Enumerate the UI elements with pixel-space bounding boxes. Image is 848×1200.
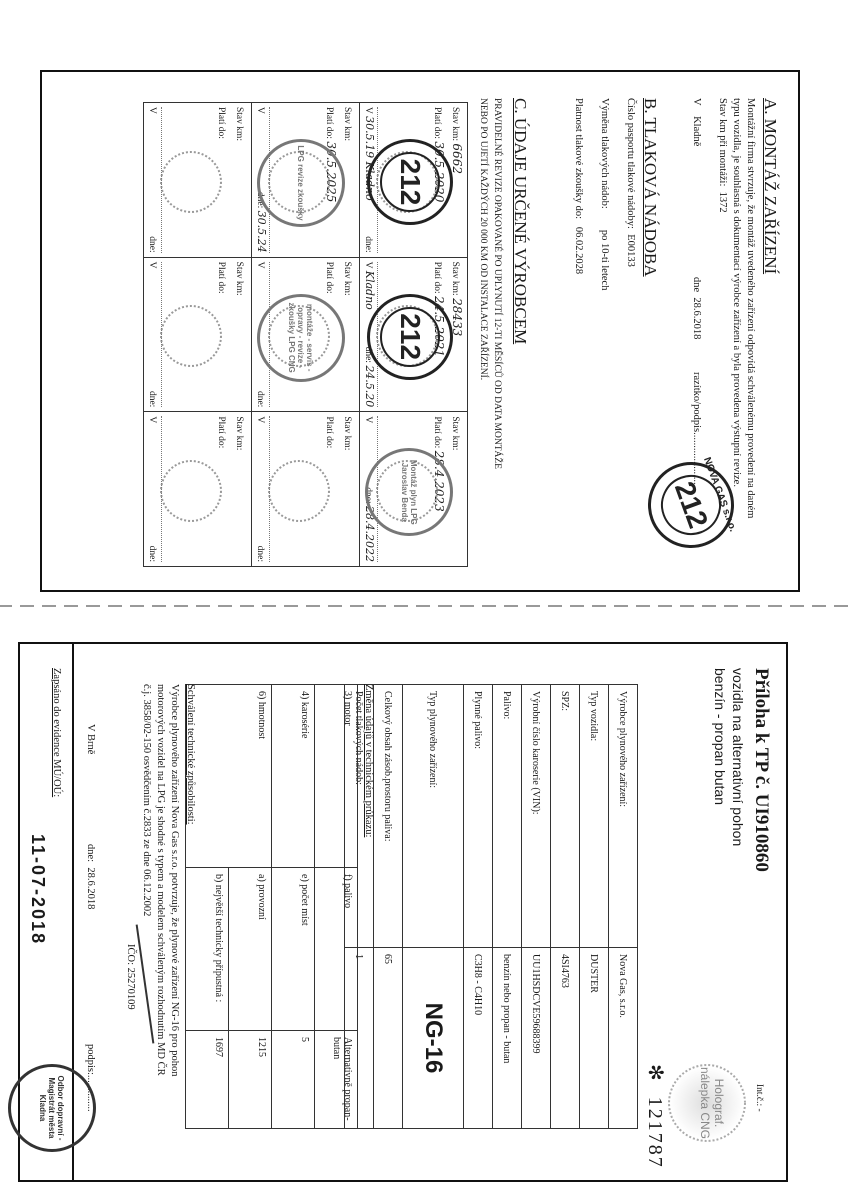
ico-stamp: IČO: 25270109 (125, 944, 136, 1010)
appendix-subtitle-2: benzín - propan butan (712, 668, 728, 805)
field-label: Celkový obsah zásob.prostoru paliva: (374, 685, 403, 948)
stamp-placeholder (160, 460, 222, 522)
field-row: Palivo:benzín nebo propan - butan (493, 685, 522, 1129)
field-label: Výrobce plynového zařízení: (609, 685, 638, 948)
field-row: Typ vozidla:DUSTER (580, 685, 609, 1129)
revision-km: Stav km: (234, 416, 248, 562)
revision-cell: Stav km: Platí do: 30.5.2025V dne: 30.5.… (252, 103, 360, 258)
service-revision-stamp: LPG revize zkoušky (257, 139, 345, 227)
field-value: C3H8 - C4H10 (464, 948, 493, 1129)
scanned-document: A. MONTÁŽ ZAŘÍZENÍ Montážní firma stvrzu… (0, 0, 848, 1200)
changes-table: 3) motor f) palivo Alternativně propan-b… (185, 684, 358, 1129)
service-revision-stamp: Montáž plyn LPG Jaroslav Benda (365, 448, 453, 536)
revision-footer: V dne: (255, 416, 270, 562)
change-fuel-value: Alternativně propan-butan (315, 1031, 358, 1129)
nova-gas-stamp: NOVA GAS s.r.o.212 (636, 450, 746, 560)
field-value: 65 (374, 948, 403, 1129)
change-weight: 6) hmotnost (186, 685, 272, 868)
field-row: Celkový obsah zásob.prostoru paliva:65 (374, 685, 403, 1129)
field-label: Výrobní číslo karoserie (VIN): (522, 685, 551, 948)
stamp-placeholder (160, 151, 222, 213)
revision-km: Stav km: (234, 107, 248, 253)
change-body: 4) karosérie (272, 685, 315, 868)
revision-notice-1: PRAVIDELNÉ REVIZE OPAKOVANÉ PO UPLYNUTÍ … (492, 98, 502, 469)
approval-text-3: č.j. 3858/02-150 osvědčením č.2833 ze dn… (141, 684, 152, 916)
registry-label: Zapsáno do evidence MÚ/OÚ: (51, 668, 62, 797)
nova-gas-revision-stamp: 212 (367, 294, 453, 380)
revision-cell: Stav km: Platí do: V dne: (144, 103, 252, 258)
approval-place: V Brně (85, 724, 96, 754)
change-max-weight-value: 1697 (186, 1031, 229, 1129)
section-c-heading: C. ÚDAJE URČENÉ VÝROBCEM (510, 98, 530, 344)
appendix-panel: Příloha k TP č. UI910860 vozidla na alte… (18, 642, 788, 1182)
change-operating-weight-value: 1215 (229, 1031, 272, 1129)
section-b-heading: B. TLAKOVÁ NÁDOBA (640, 98, 660, 277)
office-stamp: Odbor dopravní - Magistrát města Kladna (8, 1064, 96, 1152)
install-km: Stav km při montáži: 1372 (717, 98, 728, 213)
appendix-subtitle-1: vozidla na alternativní pohon (730, 668, 746, 846)
approval-text-1: Výrobce plynového zařízení Nova Gas s.r.… (169, 684, 180, 1076)
changes-heading: Změna údajů v technickém průkazu: (363, 684, 374, 837)
install-date: dne 28.6.2018 (691, 277, 702, 339)
change-fuel-label: f) palivo (315, 868, 358, 1031)
passport-number: Číslo pasportu tlakové nádoby: E00133 (625, 98, 636, 267)
field-row: Plynné palivo:C3H8 - C4H10 (464, 685, 493, 1129)
revision-footer: V dne: (147, 107, 162, 253)
install-place: V Kladně (691, 98, 702, 146)
revision-grid: Stav km: 6662Platí do: 30.5.2020V 30.5.1… (143, 102, 468, 567)
stamp-placeholder (268, 460, 330, 522)
change-operating-weight-label: a) provozní (229, 868, 272, 1031)
field-value: DUSTER (580, 948, 609, 1129)
manufacturer-signature (136, 924, 155, 1043)
revision-cell: Stav km: 28433Platí do: 24.5.2021V Kladn… (360, 257, 468, 412)
revision-cell: Stav km: Platí do: V dne: montáže - serv… (252, 257, 360, 412)
revision-footer: V dne: (147, 416, 162, 562)
section-a-text-1: Montážní firma stvrzuje, že montáž uvede… (745, 98, 756, 518)
page-fold-line (0, 605, 848, 607)
revision-footer: V dne: (147, 262, 162, 408)
change-seats-value: 5 (272, 1031, 315, 1129)
field-row: Výrobce plynového zařízení:Nova Gas, s.r… (609, 685, 638, 1129)
section-a-text-2: typu vozidla, je souhlasná s dokumentací… (731, 98, 742, 487)
field-value: Nova Gas, s.r.o. (609, 948, 638, 1129)
registry-date-stamp: 11-07-2018 (27, 834, 48, 945)
field-value: NG-16 (403, 948, 464, 1129)
revision-cell: Stav km: Platí do: V dne: (144, 412, 252, 567)
vehicle-fields-table: Výrobce plynového zařízení:Nova Gas, s.r… (344, 684, 638, 1129)
installation-record-panel: A. MONTÁŽ ZAŘÍZENÍ Montážní firma stvrzu… (40, 70, 800, 592)
service-revision-stamp: montáže - servis - opravy - revize - zko… (257, 294, 345, 382)
serial-number: ✻ 121787 (643, 1064, 668, 1169)
revision-km: Stav km: (234, 262, 248, 408)
approval-text-2: motorových vozidel na LPG je shodné s ty… (155, 684, 166, 1076)
field-label: Plynné palivo: (464, 685, 493, 948)
change-max-weight-label: b) největší technicky přípustná : (186, 868, 229, 1031)
revision-notice-2: NEBO PO UJETÍ KAŽDÝCH 20 000 KM OD INSTA… (478, 98, 488, 380)
nova-gas-revision-stamp: 212 (367, 139, 453, 225)
revision-cell: Stav km: 6662Platí do: 30.5.2020V 30.5.1… (360, 103, 468, 258)
field-value: UU1HSDCVE59688399 (522, 948, 551, 1129)
revision-cell: Stav km: Platí do: V dne: (144, 257, 252, 412)
field-value: 4SI4763 (551, 948, 580, 1129)
field-row: Typ plynového zařízení:NG-16 (403, 685, 464, 1129)
change-seats-label: e) počet míst (272, 868, 315, 1031)
revision-cell: Stav km: Platí do: V dne: (252, 412, 360, 567)
field-label: Palivo: (493, 685, 522, 948)
vessel-replacement: Výměna tlakových nádob: po 10-ti letech (599, 98, 610, 290)
approval-heading: Schválení technické způsobilosti: (185, 684, 196, 825)
field-row: SPZ:4SI4763 (551, 685, 580, 1129)
field-row: Výrobní číslo karoserie (VIN):UU1HSDCVE5… (522, 685, 551, 1129)
install-km-value: 1372 (717, 192, 728, 213)
revision-km: Stav km: (342, 416, 356, 562)
approval-date: dne: 28.6.2018 (85, 844, 96, 909)
pressure-test-validity: Platnost tlakové zkoušky do: 06.02.2028 (573, 98, 584, 274)
appendix-title: Příloha k TP č. UI910860 (750, 668, 772, 872)
section-a-heading: A. MONTÁŽ ZAŘÍZENÍ (760, 98, 780, 274)
change-motor: 3) motor (315, 685, 358, 868)
revision-cell: Stav km: Platí do: 28.4.2023V dne: 28.4.… (360, 412, 468, 567)
hologram-sticker: Holograf. nálepka CNG (668, 1064, 746, 1142)
stamp-placeholder (160, 305, 222, 367)
field-value: benzín nebo propan - butan (493, 948, 522, 1129)
field-label: Typ vozidla: (580, 685, 609, 948)
field-label: Typ plynového zařízení: (403, 685, 464, 948)
int-number: Int.č.: - (754, 1084, 764, 1112)
field-label: SPZ: (551, 685, 580, 948)
